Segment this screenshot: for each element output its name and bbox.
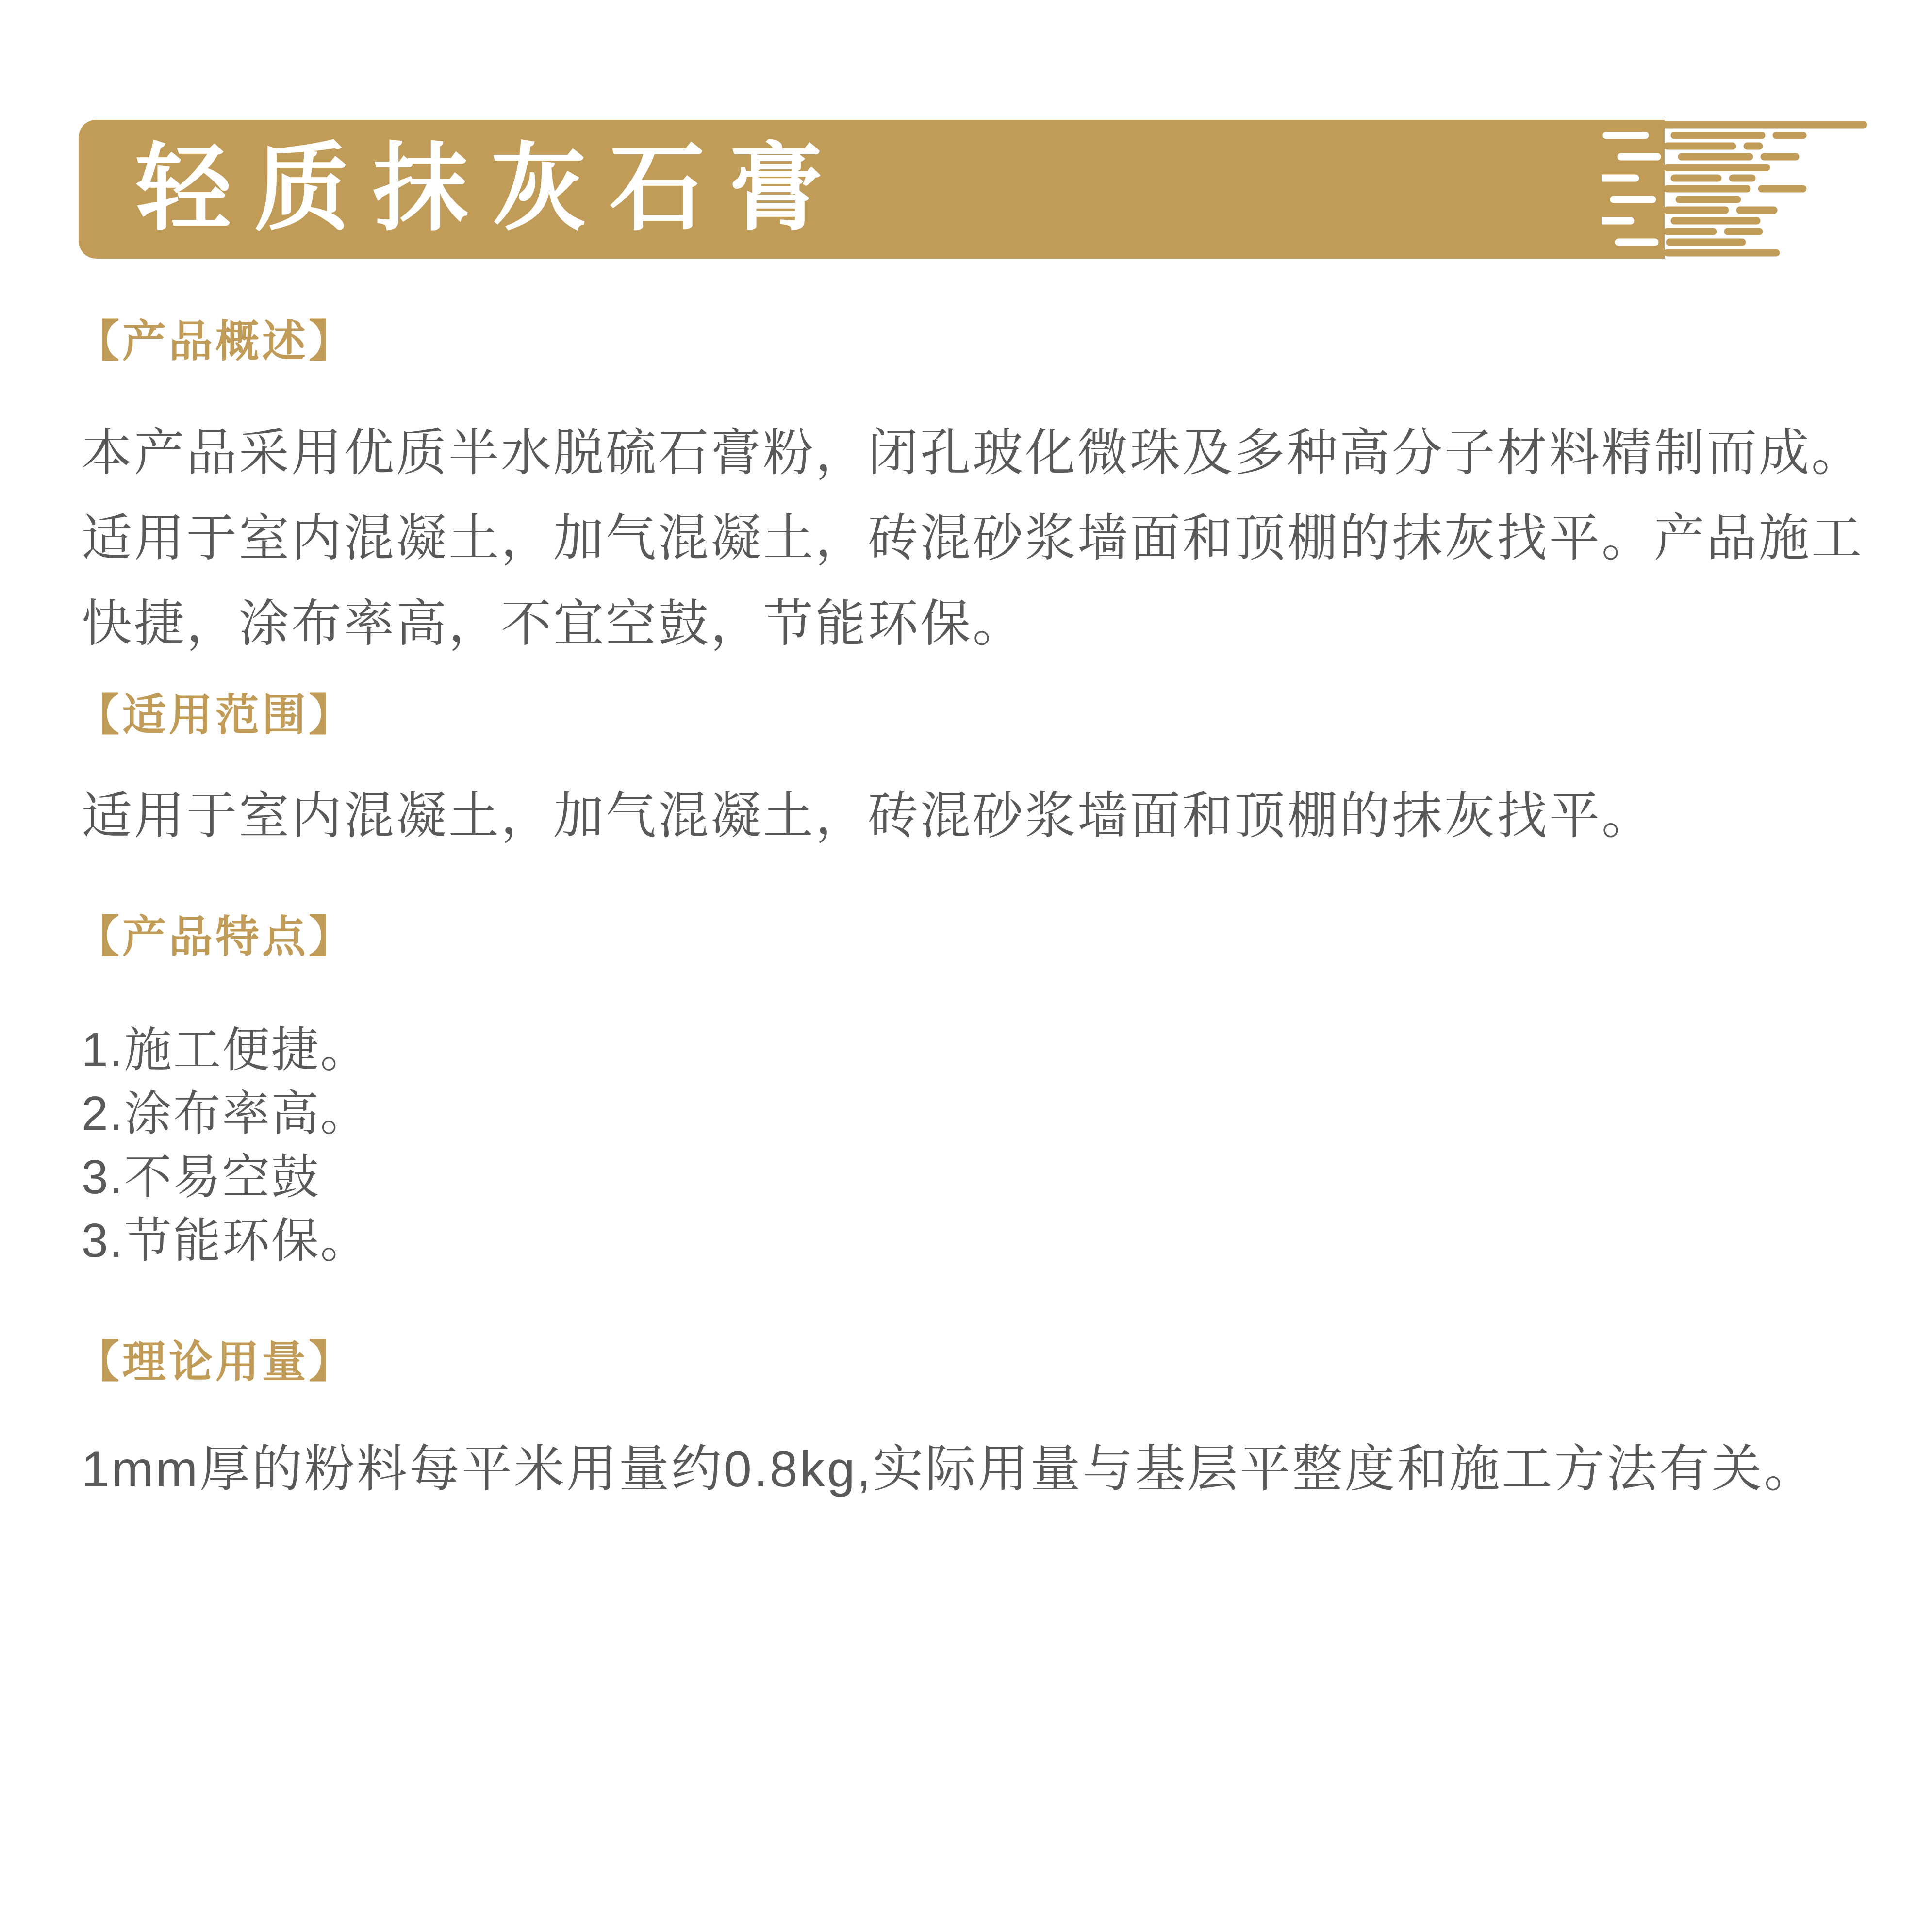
usage-paragraph: 1mm厚的粉料每平米用量约0.8kg,实际用量与基层平整度和施工方法有关。	[82, 1427, 1816, 1512]
scope-paragraph: 适用于室内混凝土，加气混凝土，砖混砂浆墙面和顶棚的抹灰找平。	[82, 774, 1654, 859]
feature-item: 3.不易空鼓	[82, 1145, 369, 1209]
section-heading-usage: 【理论用量】	[76, 1338, 355, 1386]
section-heading-scope: 【适用范围】	[76, 692, 355, 740]
page-title: 轻质抹灰石膏	[136, 142, 846, 237]
features-list: 1.施工便捷。 2.涂布率高。 3.不易空鼓 3.节能环保。	[82, 1018, 369, 1272]
title-banner: 轻质抹灰石膏	[79, 120, 1665, 259]
feature-item: 2.涂布率高。	[82, 1082, 369, 1145]
paragraph-line: 本产品采用优质半水脱硫石膏粉，闭孔玻化微珠及多种高分子材料精制而成。	[82, 411, 1864, 496]
paragraph-line: 适用于室内混凝土，加气混凝土，砖混砂浆墙面和顶棚的抹灰找平。	[82, 774, 1654, 859]
section-heading-overview: 【产品概述】	[76, 318, 355, 366]
speed-lines-icon	[1602, 120, 1873, 259]
paragraph-line: 适用于室内混凝土，加气混凝土，砖混砂浆墙面和顶棚的抹灰找平。产品施工	[82, 496, 1864, 581]
feature-item: 1.施工便捷。	[82, 1018, 369, 1082]
overview-paragraph: 本产品采用优质半水脱硫石膏粉，闭孔玻化微珠及多种高分子材料精制而成。 适用于室内…	[82, 411, 1864, 667]
section-heading-features: 【产品特点】	[76, 913, 355, 961]
product-sheet-page: 轻质抹灰石膏	[0, 0, 1932, 1913]
paragraph-line: 1mm厚的粉料每平米用量约0.8kg,实际用量与基层平整度和施工方法有关。	[82, 1427, 1816, 1512]
feature-item: 3.节能环保。	[82, 1209, 369, 1272]
paragraph-line: 快捷，涂布率高，不宜空鼓，节能环保。	[82, 581, 1864, 667]
